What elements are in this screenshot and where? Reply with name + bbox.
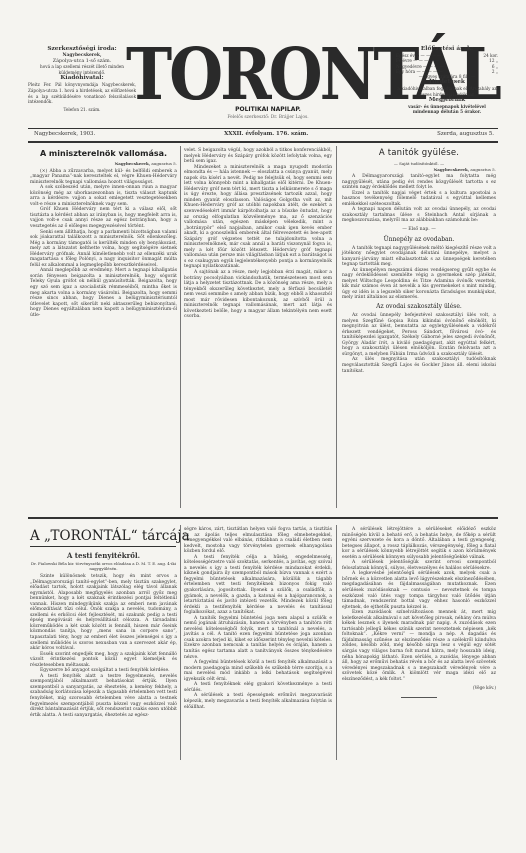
dateline-place: Nagybecskerek, <box>115 161 151 166</box>
paragraph: Az ovodai ünnepély befejeztével szakoszt… <box>342 313 496 357</box>
dateline-date: augusztus 5. <box>151 161 177 166</box>
editor-line: Felelős szerkesztő: Dr. Brájjer Lajos. <box>158 115 378 120</box>
masthead-subscription-info: Előfizetési árak: Egész évre — — — —24 k… <box>396 46 498 115</box>
paragraph: A tanítók tegnapi nagygyűlésének méltó k… <box>342 246 496 268</box>
paragraph: Gróf Khuen Héderváry nem tért ki a válas… <box>30 207 177 229</box>
section-title: Az ovodai szakosztály ülése. <box>342 303 496 311</box>
paragraph: A testi fenyíték célja a hűség, engedelm… <box>184 555 332 616</box>
article-title: A tanitók gyülése. <box>342 148 496 159</box>
appears-note: vasár- és ünnepnapok kivételével mindenn… <box>396 104 498 115</box>
section-title: Ünnepély az ovodaban. <box>342 236 496 244</box>
article-title: A testi fenyitékről. <box>30 551 177 561</box>
paragraph: Az ünnepélyen megszámú díszes vendégsere… <box>342 268 496 301</box>
article-prime-minister-continued: velet. S beigazolta végül, hogy azokból … <box>184 148 332 320</box>
dateline-date: augusztus 5. <box>470 167 496 172</box>
paragraph: A fegyelmi büntetések közül a testi feny… <box>184 660 332 682</box>
paragraph: A testi fenyíték alatt a testre fegyelme… <box>30 674 177 718</box>
section-separator: — Első nap. — <box>342 227 496 233</box>
paragraph: A sérülések a testi épességnek erőművi m… <box>184 693 332 710</box>
paragraph: Annál meglepőbb az eredmény. Mert a tegn… <box>30 268 177 318</box>
paragraph: ségre káros, zárt, tisztátlan helyen val… <box>184 527 332 555</box>
newspaper-subtitle: POLITIKAI NAPILAP. <box>158 106 378 113</box>
price-value: 2 „ <box>492 69 498 74</box>
paragraph: Senki sem állíthatja, hogy a parlamenti … <box>30 230 177 269</box>
ads-heading: Hirdetések <box>396 79 498 86</box>
paragraph: A sajtónak az a része, mely legjobban ér… <box>184 270 332 320</box>
dateline-volume: XXXII. évfolyam. 176. szám. <box>224 131 308 137</box>
article-feuilleton: A testi fenyitékről. Dr. Fialowski Béla … <box>30 551 177 718</box>
office-heading: Szerkesztőségi iroda: <box>28 46 136 53</box>
to-be-continued: (Vége köv.) <box>342 685 496 691</box>
paragraph: A sérülések létrejöttére a sérüléseket e… <box>342 527 496 560</box>
masthead: Szerkesztőségi iroda: Nagybecskerek, Záp… <box>28 40 498 128</box>
column-divider <box>336 525 337 760</box>
paragraph: A sérülések jelentőségük szerint orvosi … <box>342 560 496 571</box>
article-dateline: Nagybecskerek, augusztus 5. <box>30 161 177 167</box>
appears-heading: Megjelenik <box>396 97 498 104</box>
paragraph: velet. S beigazolta végül, hogy azokból … <box>184 148 332 165</box>
column-divider <box>180 146 181 508</box>
article-dateline: Nagybecskerek, augusztus 5. <box>342 167 496 173</box>
dateline: Nagybecskerek, 1903. XXXII. évfolyam. 17… <box>34 131 494 137</box>
dateline-rule <box>28 141 498 143</box>
article-title: A miniszterelnök vallomása. <box>30 148 177 159</box>
office-note: hová a lap szellemi részét illető minden… <box>28 64 136 75</box>
paragraph: Ezzel a tanítók napjai véget értek s a k… <box>342 191 496 208</box>
paragraph: Szinte különösnek tetszik, hogy én mint … <box>30 574 177 652</box>
paragraph: A tanítók fegyelmi büntetési joga nem al… <box>184 616 332 660</box>
dateline-place: Nagybecskerek, <box>434 167 470 172</box>
publisher-heading: Kiadóhivatal: <box>28 75 136 82</box>
dateline-place-year: Nagybecskerek, 1903. <box>34 131 95 137</box>
article-teachers-meeting: A tanitók gyülése. — Saját tudósítónktól… <box>342 146 496 374</box>
end-rule <box>401 697 437 698</box>
publisher-note: Pleitz Fer. Pál könyvnyomdája Nagybecske… <box>28 82 136 104</box>
paragraph: A testi fenyítéknek elég gyakori követke… <box>184 682 332 693</box>
article-feuilleton-continued: ségre káros, zárt, tisztátlan helyen val… <box>184 527 332 710</box>
article-feuilleton-continued-2: A sérülések létrejöttére a sérüléseket e… <box>342 527 496 697</box>
paragraph: Ezen zuzódások színelváltozáson mennek á… <box>342 610 496 682</box>
article-subtitle: Dr. Fialowski Béla kir. törvényszéki orv… <box>30 561 177 571</box>
feuilleton-banner-rule <box>30 546 176 547</box>
paragraph: A sok szóbeszéd után, melyre innen-onnan… <box>30 185 177 207</box>
column-divider <box>180 525 181 760</box>
dateline-date: Szerda, augusztus 5. <box>437 131 494 137</box>
masthead-subtitle-block: POLITIKAI NAPILAP. Felelős szerkesztő: D… <box>158 106 378 120</box>
paragraph: A tegnapi napon délután volt az ovodai ü… <box>342 207 496 224</box>
paragraph: Mindezeket a miniszterelnök a maga nyugo… <box>184 165 332 270</box>
prices-heading: Előfizetési árak: <box>396 46 498 53</box>
ads-note: a kiadóhivatalban fogadtatnak el. Árszab… <box>396 86 498 97</box>
section-rule <box>28 517 498 519</box>
feuilleton-banner: A „TORONTÁL“ tárcája <box>30 527 178 545</box>
masthead-office-info: Szerkesztőségi iroda: Nagybecskerek, Záp… <box>28 46 136 112</box>
column-divider <box>336 146 337 508</box>
phone: Telefon 21. szám. <box>28 107 136 113</box>
masthead-rule <box>28 128 498 129</box>
newspaper-page: Szerkesztőségi iroda: Nagybecskerek, Záp… <box>0 0 526 853</box>
article-prime-minister: A miniszterelnök vallomása. Nagybecskere… <box>30 146 177 318</box>
paragraph: Az ülés megnyitása után szakosztályi tud… <box>342 357 496 374</box>
paragraph: A Délmagyarországi tanító-egylet ma foly… <box>342 174 496 191</box>
paragraph: A legkevésbé jelentőségű sérülések azok,… <box>342 571 496 610</box>
newspaper-title: TORONTÁL <box>126 37 416 113</box>
paragraph: (×) Abba a zűrzavarba, melyet kül- és be… <box>30 169 177 186</box>
paragraph: Essék szorint engedjék meg, hogy a szakj… <box>30 652 177 669</box>
